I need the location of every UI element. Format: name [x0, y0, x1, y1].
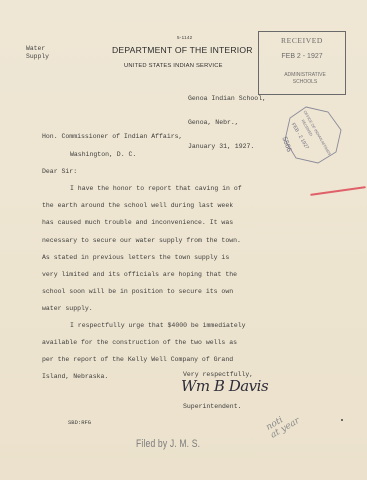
body-line: necessary to secure our water supply fro… — [42, 237, 241, 245]
received-stamp-dept: ADMINISTRATIVE SCHOOLS — [265, 72, 345, 86]
received-stamp-line1: ADMINISTRATIVE — [265, 72, 345, 79]
service-heading: UNITED STATES INDIAN SERVICE — [124, 63, 223, 69]
red-pencil-mark — [310, 186, 366, 196]
filed-stamp: Filed by J. M. S. — [136, 438, 200, 450]
body-line: the earth around the school well during … — [42, 202, 233, 210]
pencil-annotation-text: noti at year — [265, 415, 302, 440]
body-line: available for the construction of the tw… — [42, 339, 237, 347]
body-line: I have the honor to report that caving i… — [70, 185, 242, 193]
sender-school: Genoa Indian School, — [188, 95, 266, 103]
received-stamp: RECEIVED FEB 2 - 1927 ADMINISTRATIVE SCH… — [258, 31, 346, 95]
salutation: Dear Sir: — [42, 168, 77, 176]
body-line: water supply. — [42, 305, 93, 313]
recipient-line2: Washington, D. C. — [70, 151, 136, 159]
sender-place: Genoa Indian School, Genoa, Nebr., Janua… — [188, 79, 266, 167]
sender-town: Genoa, Nebr., — [188, 119, 266, 127]
body-line: has caused much trouble and inconvenienc… — [42, 219, 233, 227]
body-line: I respectfully urge that $4000 be immedi… — [70, 322, 246, 330]
letter-date: January 31, 1927. — [188, 143, 266, 151]
margin-subject-note: Water Supply — [26, 45, 49, 61]
received-stamp-date: FEB 2 - 1927 — [259, 53, 345, 60]
typist-initials: SBD:RFG — [68, 419, 91, 427]
signer-title: Superintendent. — [183, 403, 242, 411]
body-line: per the report of the Kelly Well Company… — [42, 356, 233, 364]
received-stamp-line2: SCHOOLS — [265, 79, 345, 86]
body-line: very limited and its officials are hopin… — [42, 271, 237, 279]
body-line: Island, Nebraska. — [42, 373, 108, 381]
pencil-dot — [341, 419, 343, 421]
signature: Wm B Davis — [181, 377, 268, 395]
department-heading: DEPARTMENT OF THE INTERIOR — [112, 45, 253, 55]
pencil-annotation: noti at year — [265, 409, 302, 441]
body-line: school soon will be in position to secur… — [42, 288, 233, 296]
letter-page: 5-1142 DEPARTMENT OF THE INTERIOR UNITED… — [0, 0, 367, 480]
recipient-line1: Hon. Commissioner of Indian Affairs, — [42, 133, 182, 141]
body-line: As stated in previous letters the town s… — [42, 254, 229, 262]
form-number: 5-1142 — [177, 35, 192, 40]
office-indian-affairs-stamp: OFFICE OF INDIAN AFFAIRS RECEIVED FEB - … — [284, 106, 342, 164]
received-stamp-title: RECEIVED — [259, 36, 345, 45]
